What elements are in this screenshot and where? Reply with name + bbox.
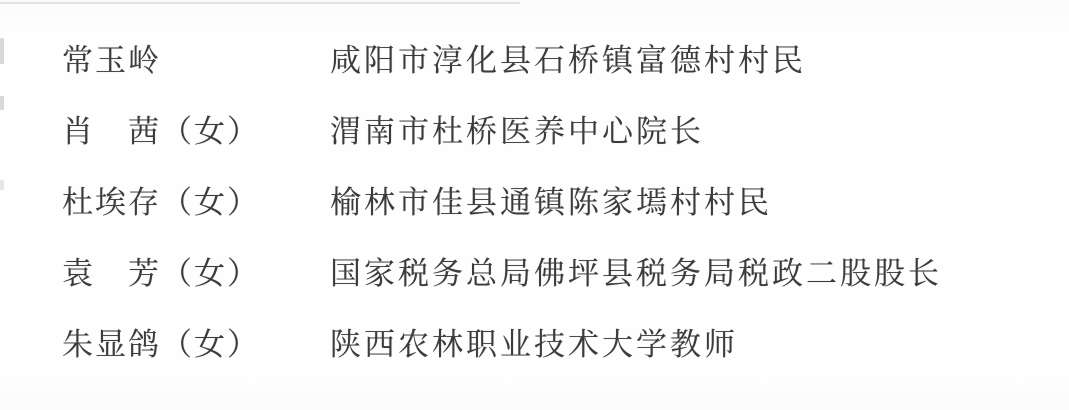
person-name: 常玉岭 xyxy=(62,35,330,80)
person-title: 渭南市杜桥医养中心院长 xyxy=(330,106,704,151)
person-name: 袁 芳（女） xyxy=(62,248,330,293)
table-row: 肖 茜（女） 渭南市杜桥医养中心院长 xyxy=(62,93,1049,164)
honoree-list: 常玉岭 咸阳市淳化县石桥镇富德村村民 肖 茜（女） 渭南市杜桥医养中心院长 杜埃… xyxy=(62,22,1049,377)
table-row: 袁 芳（女） 国家税务总局佛坪县税务局税政二股股长 xyxy=(62,235,1049,306)
person-name: 朱显鸽（女） xyxy=(62,319,330,364)
scan-artifact-left-smudge xyxy=(0,96,4,110)
scan-artifact-left-smudge xyxy=(0,180,4,190)
scan-artifact-top-line xyxy=(0,2,520,4)
person-title: 陕西农林职业技术大学教师 xyxy=(330,319,738,364)
person-name: 杜埃存（女） xyxy=(62,177,330,222)
person-name: 肖 茜（女） xyxy=(62,106,330,151)
table-row: 杜埃存（女） 榆林市佳县通镇陈家墕村村民 xyxy=(62,164,1049,235)
table-row: 朱显鸽（女） 陕西农林职业技术大学教师 xyxy=(62,306,1049,377)
person-title: 咸阳市淳化县石桥镇富德村村民 xyxy=(330,35,806,80)
scan-artifact-left-smudge xyxy=(0,38,4,64)
document-page: 常玉岭 咸阳市淳化县石桥镇富德村村民 肖 茜（女） 渭南市杜桥医养中心院长 杜埃… xyxy=(0,0,1069,410)
person-title: 榆林市佳县通镇陈家墕村村民 xyxy=(330,177,772,222)
table-row: 常玉岭 咸阳市淳化县石桥镇富德村村民 xyxy=(62,22,1049,93)
person-title: 国家税务总局佛坪县税务局税政二股股长 xyxy=(330,248,942,293)
